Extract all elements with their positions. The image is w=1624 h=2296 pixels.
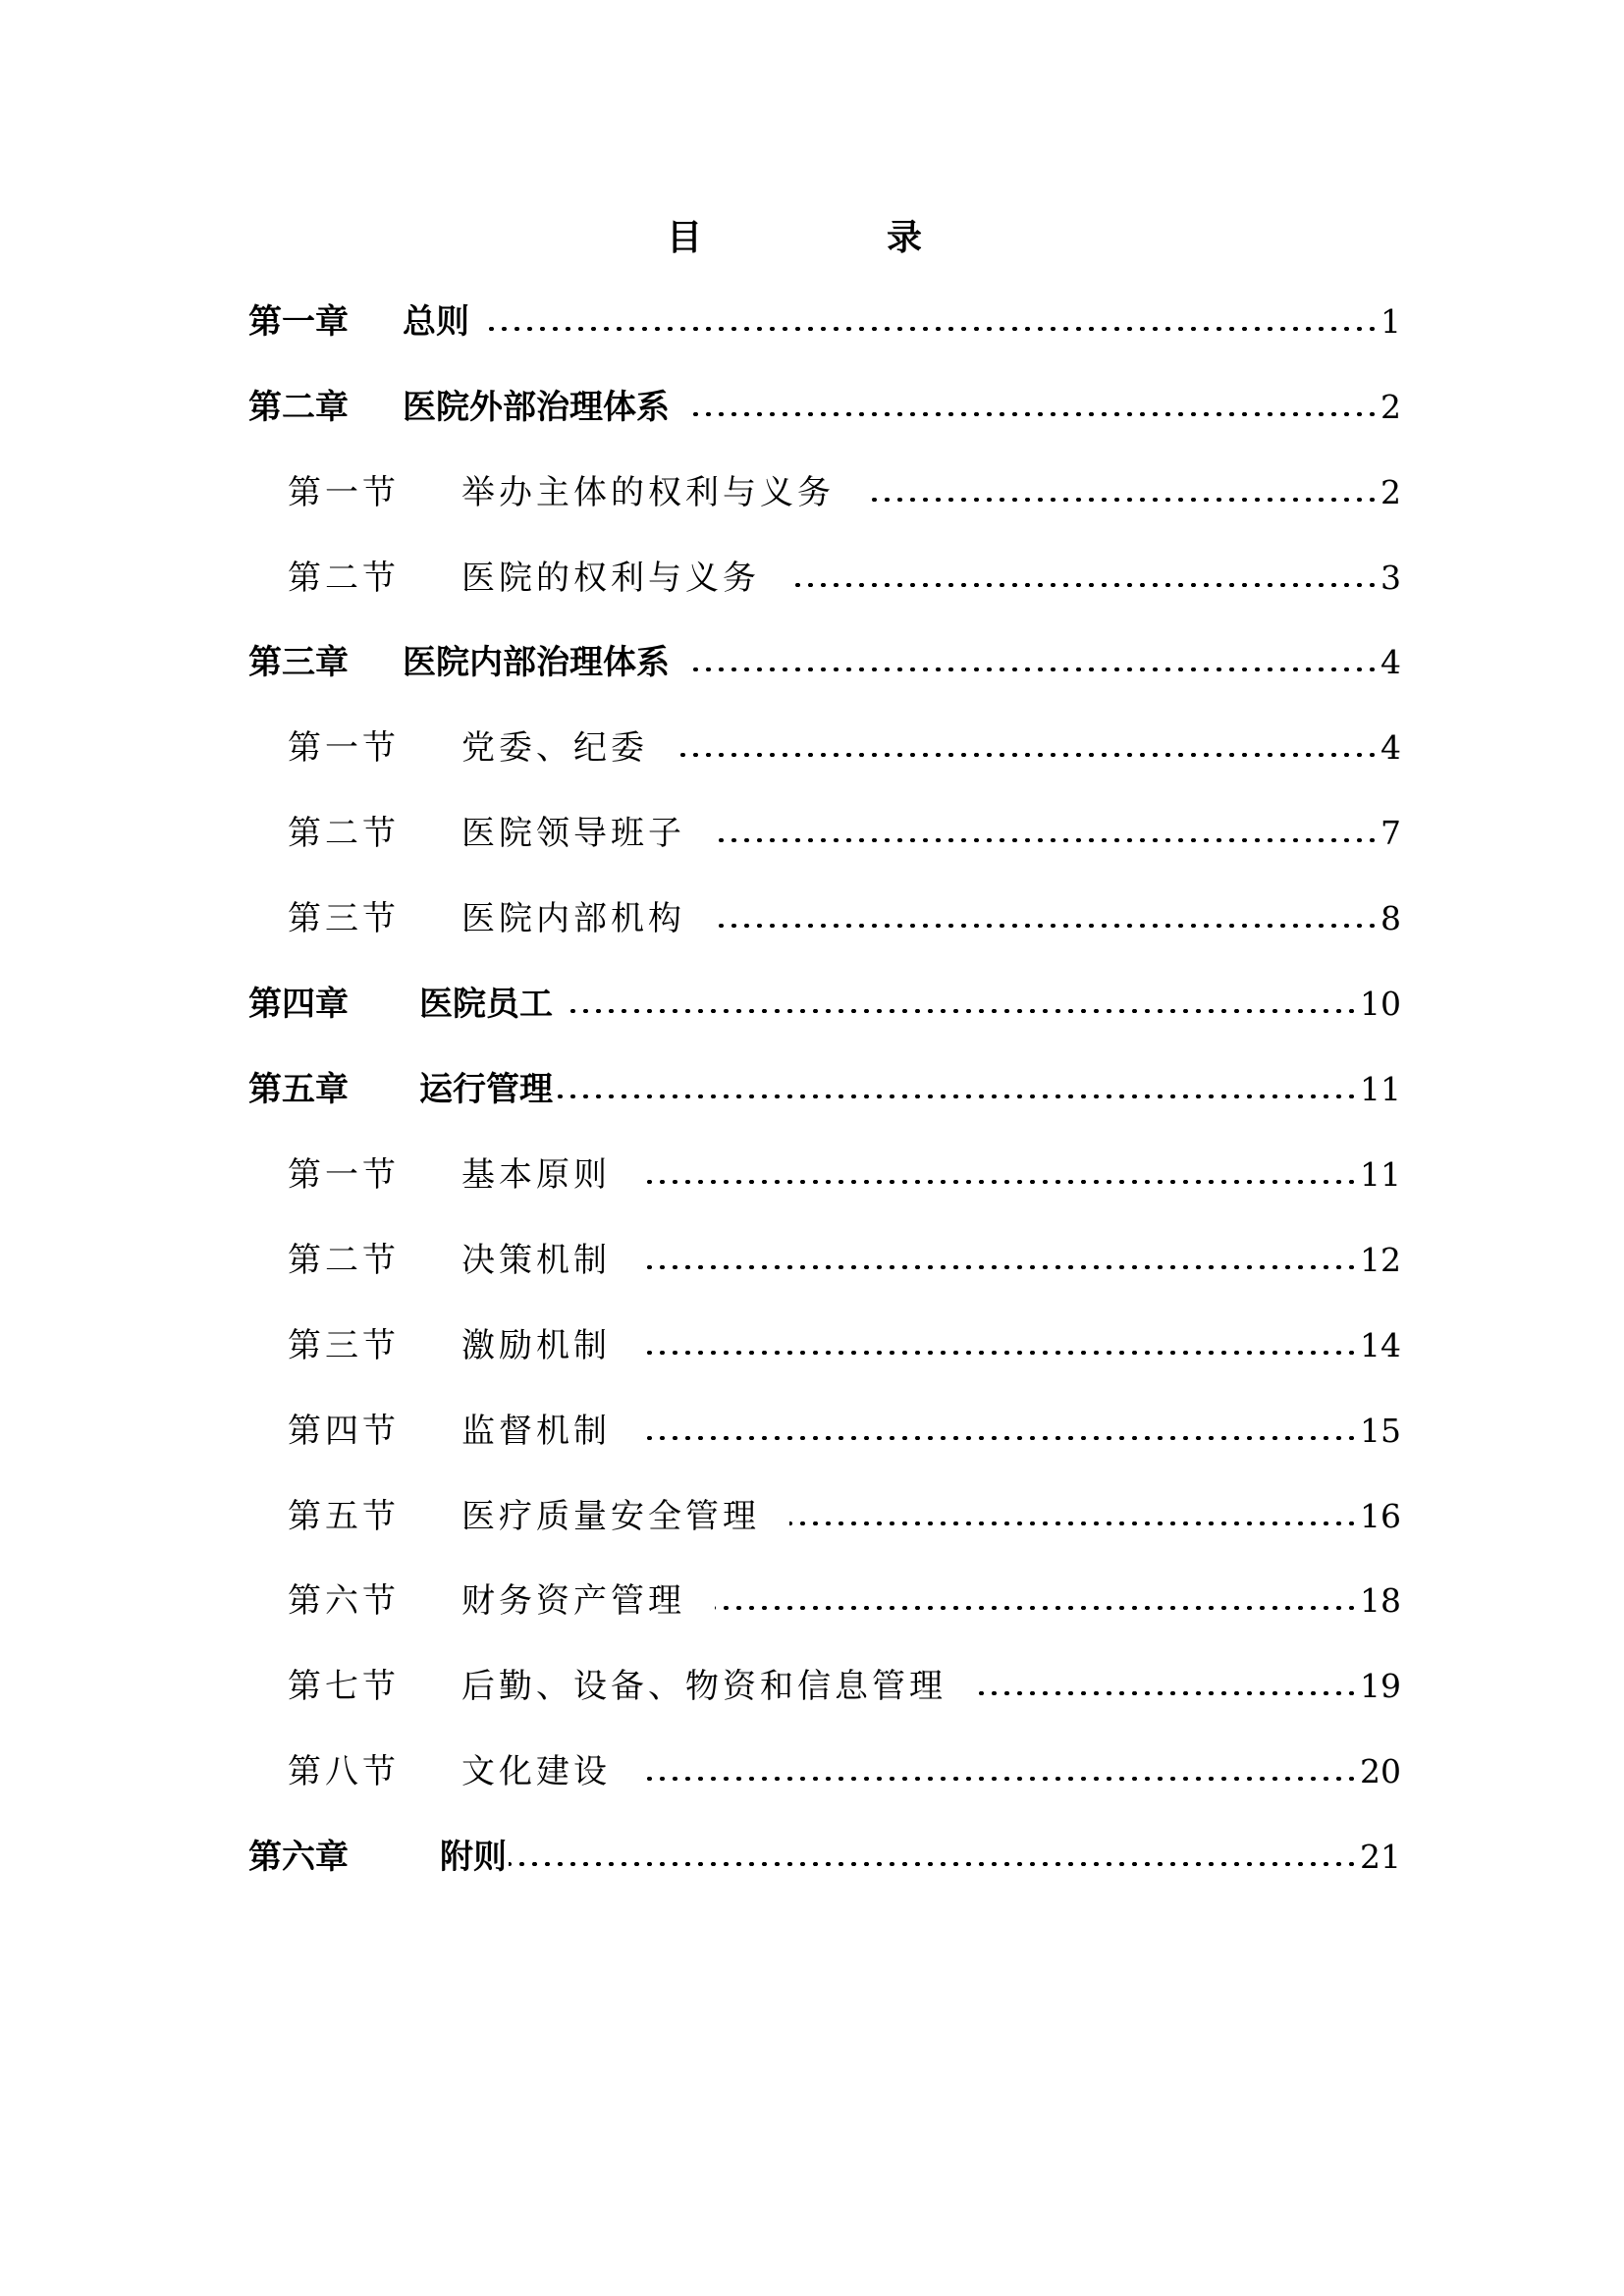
page-number: 2 [1380,468,1401,517]
dot-leader [789,583,1379,587]
chapter-label: 第一章 [248,297,403,347]
chapter-label: 第四章 [248,980,419,1029]
toc-entry-chapter-2[interactable]: 第二章 医院外部治理体系 2 [248,383,1401,432]
toc-entry-section[interactable]: 第三节 激励机制 14 [288,1321,1401,1370]
section-title: 医院内部机构 [461,894,685,943]
page-number: 10 [1360,980,1401,1029]
section-label: 第七节 [288,1662,461,1711]
toc-entry-chapter-4[interactable]: 第四章 医院员工 10 [248,980,1401,1029]
page-number: 3 [1380,554,1401,603]
section-label: 第一节 [288,723,461,773]
dot-leader [640,1265,1358,1269]
dot-leader [555,1095,1358,1098]
section-title: 举办主体的权利与义务 [461,468,835,517]
section-label: 第五节 [288,1492,461,1541]
dot-leader [976,1691,1358,1695]
toc-entry-chapter-3[interactable]: 第三章 医院内部治理体系 4 [248,638,1401,687]
chapter-label: 第二章 [248,383,403,432]
page-number: 4 [1380,723,1401,773]
chapter-title: 医院内部治理体系 [403,638,670,687]
toc-entry-chapter-6[interactable]: 第六章 附则 21 [248,1833,1401,1882]
section-title: 党委、纪委 [461,723,648,773]
toc-entry-section[interactable]: 第八节 文化建设 20 [288,1747,1401,1796]
dot-leader [640,1180,1358,1184]
page-number: 11 [1360,1065,1401,1114]
section-title: 医院领导班子 [461,809,685,858]
dot-leader [509,1862,1358,1866]
toc-entry-chapter-1[interactable]: 第一章 总则 1 [248,297,1401,347]
chapter-title: 附则 [440,1833,507,1882]
section-label: 第八节 [288,1747,461,1796]
section-label: 第二节 [288,1236,461,1285]
page-number: 18 [1360,1576,1401,1626]
toc-entry-section[interactable]: 第一节 党委、纪委 4 [288,723,1401,773]
chapter-label: 第五章 [248,1065,419,1114]
page-number: 14 [1360,1321,1401,1370]
dot-leader [715,1606,1358,1610]
section-label: 第六节 [288,1576,461,1626]
page-number: 20 [1360,1747,1401,1796]
dot-leader [485,327,1379,331]
toc-entry-section[interactable]: 第二节 医院领导班子 7 [288,809,1401,858]
dot-leader [789,1522,1358,1525]
chapter-title: 医院外部治理体系 [403,383,670,432]
page-number: 12 [1360,1236,1401,1285]
toc-entry-section[interactable]: 第二节 决策机制 12 [288,1236,1401,1285]
toc-title: 目 录 [0,214,1624,263]
page-number: 15 [1360,1407,1401,1456]
section-title: 激励机制 [461,1321,611,1370]
page-number: 16 [1360,1492,1401,1541]
page-number: 2 [1380,383,1401,432]
section-title: 决策机制 [461,1236,611,1285]
section-label: 第四节 [288,1407,461,1456]
dot-leader [677,753,1379,757]
section-title: 文化建设 [461,1747,611,1796]
section-title: 后勤、设备、物资和信息管理 [461,1662,947,1711]
dot-leader [640,1351,1358,1355]
section-label: 第三节 [288,1321,461,1370]
page-number: 8 [1380,894,1401,943]
chapter-label: 第六章 [248,1833,440,1882]
page-number: 19 [1360,1662,1401,1711]
dot-leader [864,498,1379,502]
section-title: 医院的权利与义务 [461,554,760,603]
chapter-title: 运行管理 [419,1065,553,1114]
chapter-title: 医院员工 [419,980,553,1029]
toc-entry-section[interactable]: 第三节 医院内部机构 8 [288,894,1401,943]
toc-entry-section[interactable]: 第一节 举办主体的权利与义务 2 [288,468,1401,517]
section-title: 医疗质量安全管理 [461,1492,760,1541]
dot-leader [685,412,1379,416]
toc-entry-section[interactable]: 第一节 基本原则 11 [288,1150,1401,1200]
section-label: 第二节 [288,809,461,858]
section-label: 第一节 [288,468,461,517]
page-number: 1 [1380,297,1401,347]
page-number: 4 [1380,638,1401,687]
toc-entry-section[interactable]: 第六节 财务资产管理 18 [288,1576,1401,1626]
dot-leader [685,667,1379,671]
dot-leader [640,1436,1358,1440]
dot-leader [568,1009,1358,1013]
page-number: 7 [1380,809,1401,858]
toc-entry-section[interactable]: 第七节 后勤、设备、物资和信息管理 19 [288,1662,1401,1711]
dot-leader [715,838,1379,842]
dot-leader [715,924,1379,928]
toc-entry-section[interactable]: 第二节 医院的权利与义务 3 [288,554,1401,603]
section-title: 监督机制 [461,1407,611,1456]
toc-entry-section[interactable]: 第五节 医疗质量安全管理 16 [288,1492,1401,1541]
chapter-title: 总则 [403,297,469,347]
section-label: 第一节 [288,1150,461,1200]
chapter-label: 第三章 [248,638,403,687]
section-title: 财务资产管理 [461,1576,685,1626]
section-title: 基本原则 [461,1150,611,1200]
toc-entry-chapter-5[interactable]: 第五章 运行管理 11 [248,1065,1401,1114]
section-label: 第三节 [288,894,461,943]
section-label: 第二节 [288,554,461,603]
page-number: 11 [1360,1150,1401,1200]
dot-leader [640,1777,1358,1781]
toc-entry-section[interactable]: 第四节 监督机制 15 [288,1407,1401,1456]
page-number: 21 [1360,1833,1401,1882]
